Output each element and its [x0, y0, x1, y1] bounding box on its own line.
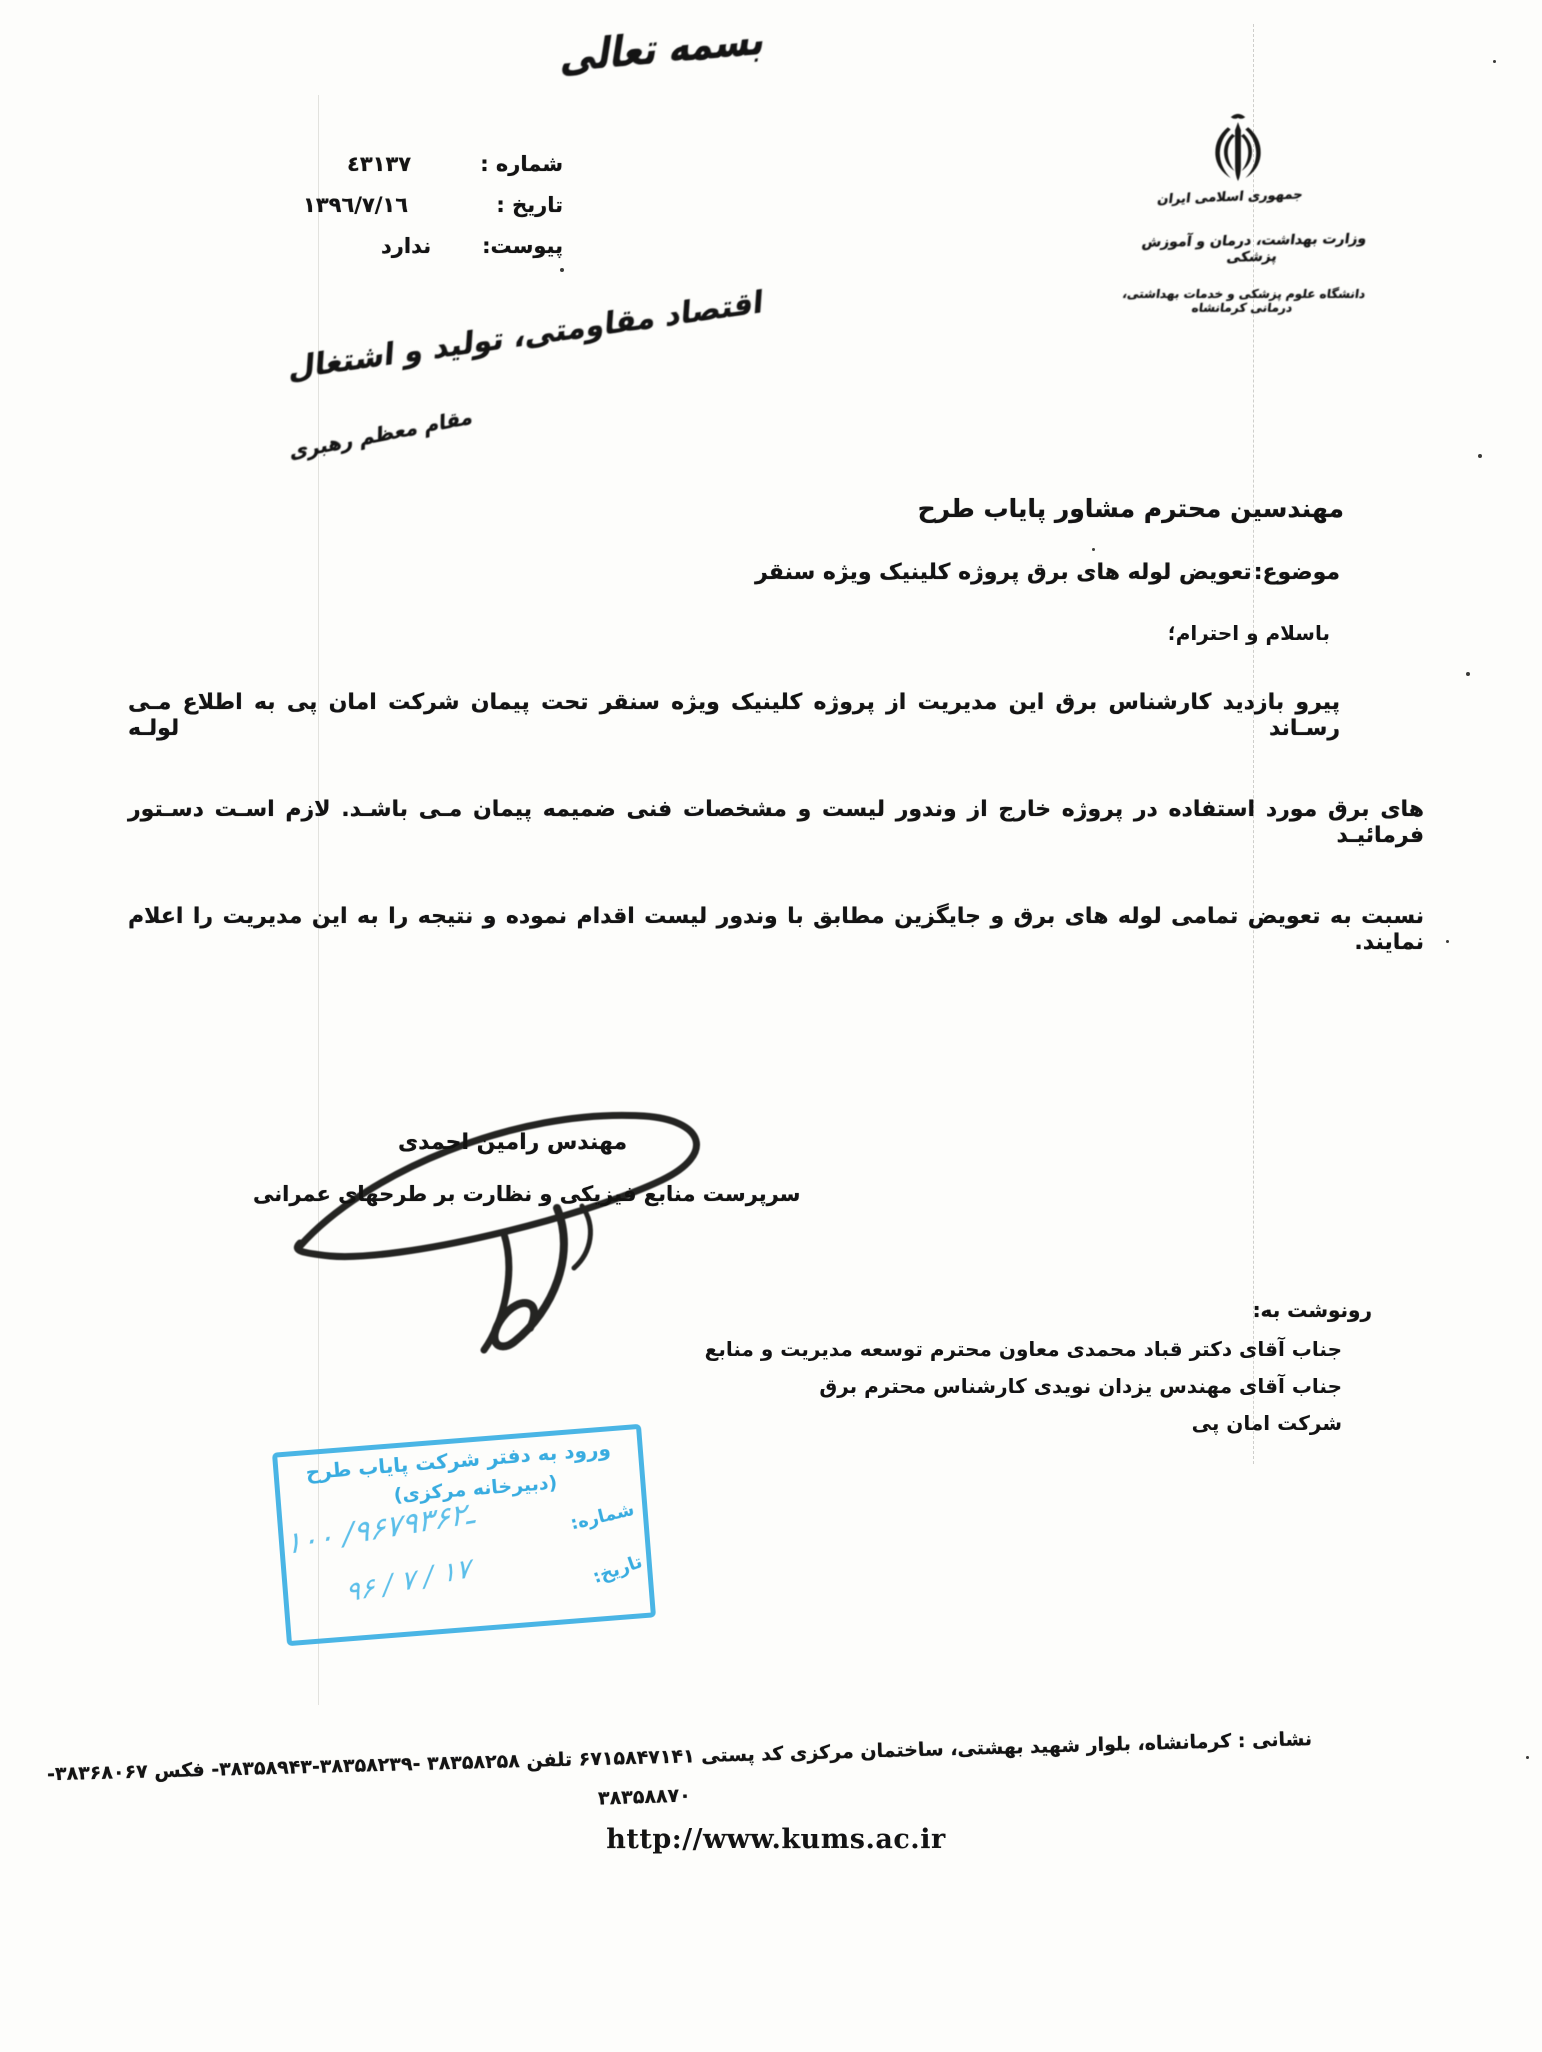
subject-label: موضوع:: [1254, 560, 1340, 585]
scan-speck: [1478, 454, 1482, 458]
footer-address: نشانی : کرمانشاه، بلوار شهید بهشتی، ساخت…: [156, 1728, 1312, 1782]
scanned-letter-page: بسمه تعالی شماره : ٤٣١٣٧ تاریخ : ١٣٩٦/٧/…: [0, 0, 1542, 2052]
attachment-label: پیوست:: [482, 234, 563, 258]
footer-phone: ۳۸۳۵۸۸۷۰: [598, 1784, 691, 1809]
slogan-calligraphy: اقتصاد مقاومتی، تولید و اشتغال: [288, 285, 764, 387]
iran-emblem-icon: [1196, 112, 1280, 192]
stamp-date-handwritten: ۹۶ / ۷ / ۱۷: [345, 1553, 472, 1609]
body-line: های برق مورد استفاده در پروژه خارج از ون…: [128, 797, 1424, 850]
cc-item: جناب آقای مهندس یزدان نویدی کارشناس محتر…: [705, 1374, 1342, 1398]
cc-item: جناب آقای دکتر قباد محمدی معاون محترم تو…: [705, 1337, 1342, 1361]
body-line: پیرو بازدید کارشناس برق این مدیریت از پر…: [128, 690, 1424, 743]
letter-number-label: شماره :: [480, 152, 563, 176]
scan-speck: [1493, 60, 1496, 63]
letterhead-ministry: وزارت بهداشت، درمان و آموزش پزشکی: [1125, 231, 1380, 267]
cc-item: شرکت امان پی: [705, 1411, 1342, 1435]
subject-line: موضوع:تعویض لوله های برق پروژه کلینیک وی…: [755, 560, 1340, 585]
bismillah-calligraphy: بسمه تعالی: [558, 14, 769, 82]
body-line: نسبت به تعویض تمامی لوله های برق و جایگز…: [128, 904, 1424, 957]
letter-date-row: تاریخ : ١٣٩٦/٧/١٦: [285, 193, 563, 217]
salutation: باسلام و احترام؛: [1168, 621, 1330, 645]
letter-number-value: ٤٣١٣٧: [347, 152, 411, 176]
scan-speck: [560, 268, 564, 272]
letter-number-row: شماره : ٤٣١٣٧: [285, 152, 563, 176]
letter-meta-block: شماره : ٤٣١٣٧ تاریخ : ١٣٩٦/٧/١٦ پیوست: ن…: [285, 152, 563, 275]
letterhead-country: جمهوری اسلامی ایران: [1145, 187, 1316, 208]
recipient-line: مهندسین محترم مشاور پایاب طرح: [918, 494, 1344, 523]
cc-label: رونوشت به:: [705, 1298, 1372, 1322]
subject-text: تعویض لوله های برق پروژه کلینیک ویژه سنق…: [755, 560, 1252, 585]
letter-body: پیرو بازدید کارشناس برق این مدیریت از پر…: [128, 690, 1424, 956]
letter-date-value: ١٣٩٦/٧/١٦: [303, 193, 408, 217]
website-url: http://www.kums.ac.ir: [600, 1824, 952, 1855]
attachment-value: ندارد: [381, 234, 431, 258]
letter-attachment-row: پیوست: ندارد: [285, 234, 563, 258]
scan-speck: [1092, 548, 1095, 551]
signature-scribble: [252, 1056, 730, 1356]
cc-block: رونوشت به: جناب آقای دکتر قباد محمدی معا…: [705, 1298, 1372, 1448]
letter-date-label: تاریخ :: [496, 193, 563, 217]
entry-stamp: ورود به دفتر شرکت پایاب طرح (دبیرخانه مر…: [272, 1424, 656, 1646]
scan-speck: [1466, 672, 1470, 676]
letterhead-university: دانشگاه علوم پزشکی و خدمات بهداشتی، درما…: [1098, 287, 1388, 315]
scan-speck: [1446, 940, 1449, 943]
scan-speck: [1526, 1756, 1529, 1759]
stamp-number-label: شماره:: [569, 1499, 637, 1535]
stamp-date-label: تاریخ:: [590, 1551, 645, 1588]
